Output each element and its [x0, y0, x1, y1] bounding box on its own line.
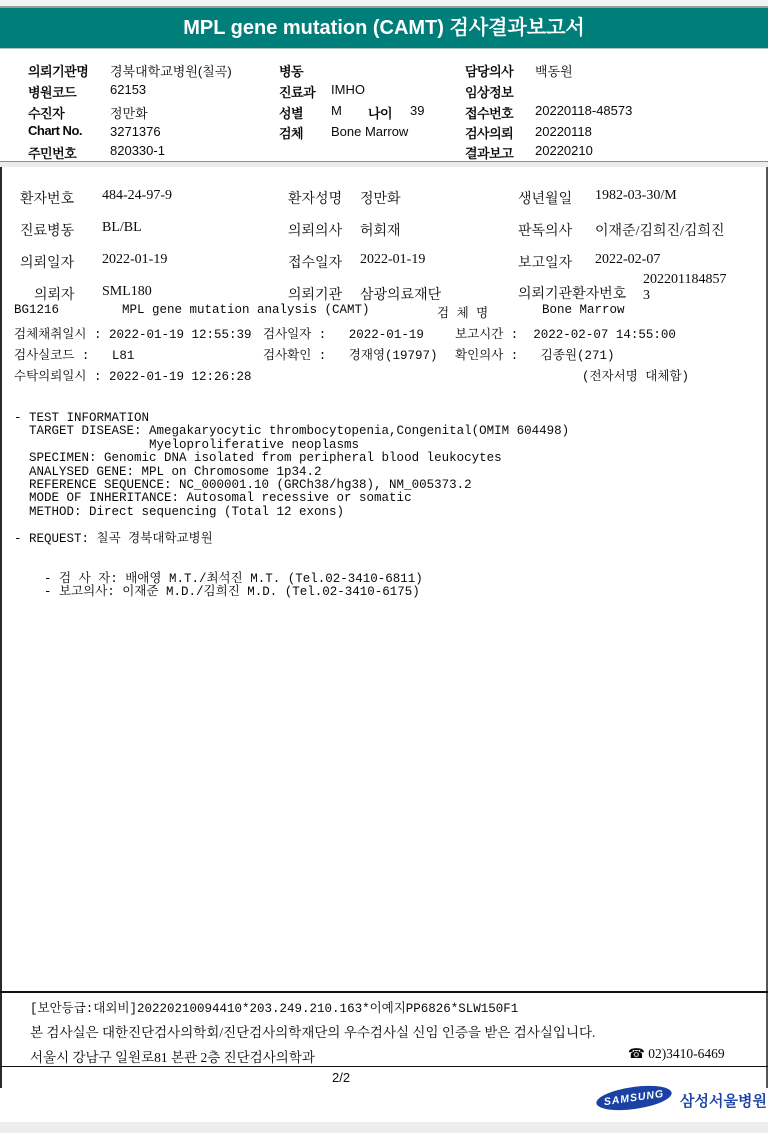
lab-phone: ☎ 02)3410-6469	[628, 1046, 725, 1062]
field-value-org-patient-no-line1: 202201184857	[643, 272, 726, 288]
test-confirm: 검사확인 : 경재영(19797)	[263, 345, 438, 363]
field-label-ward: 병동	[279, 61, 303, 80]
report-time: 보고시간 : 2022-02-07 14:55:00	[455, 324, 676, 342]
field-label-resident-no: 주민번호	[28, 143, 76, 162]
field-label-patient-name: 환자성명	[288, 188, 342, 208]
test-code: BG1216	[14, 303, 59, 317]
field-value-specimen: Bone Marrow	[331, 124, 408, 139]
bottom-gray-bar	[0, 1122, 768, 1133]
field-value-reading-doctor: 이재준/김희진/김희진	[595, 220, 725, 240]
section-separator	[0, 161, 768, 167]
page-title: MPL gene mutation (CAMT) 검사결과보고서	[183, 17, 585, 39]
field-value-referring-org: 삼광의료재단	[360, 284, 441, 304]
field-value-hospital-code: 62153	[110, 82, 146, 97]
field-label-org-patient-no: 의뢰기관환자번호	[518, 283, 626, 303]
field-label-examinee: 수진자	[28, 103, 64, 122]
field-label-report-date: 보고일자	[518, 252, 572, 272]
top-strip	[0, 0, 768, 8]
field-value-department: IMHO	[331, 82, 365, 97]
field-label-specimen: 검체	[279, 123, 303, 142]
hospital-name: 삼성서울병원	[680, 1090, 767, 1111]
specimen-name-label: 검 체 명	[437, 303, 488, 321]
field-value-requesting-org: 경북대학교병원(칠곡)	[110, 61, 232, 80]
field-label-birth-date: 생년월일	[518, 188, 572, 208]
field-value-chart-no: 3271376	[110, 124, 161, 139]
field-value-attending-doctor: 백동원	[535, 61, 573, 80]
report-title-bar: MPL gene mutation (CAMT) 검사결과보고서	[0, 8, 768, 49]
security-classification-line: [보안등급:대외비]20220210094410*203.249.210.163…	[30, 998, 518, 1016]
field-value-referring-doctor: 허회재	[360, 220, 401, 240]
field-value-accession-no: 20220118-48573	[535, 103, 632, 118]
field-label-clinic-ward: 진료병동	[20, 220, 74, 240]
page-number: 2/2	[332, 1070, 350, 1085]
specimen-name-value: Bone Marrow	[542, 303, 625, 317]
field-label-test-ordered: 검사의뢰	[465, 123, 513, 142]
field-value-sex: M	[331, 103, 342, 118]
field-value-patient-no: 484-24-97-9	[102, 188, 172, 204]
field-label-sex: 성별	[279, 103, 303, 122]
footer-bottom-rule	[0, 1066, 768, 1067]
field-value-patient-name: 정만화	[360, 188, 401, 208]
samsung-logo: SAMSUNG	[595, 1082, 673, 1114]
field-label-receipt-date: 접수일자	[288, 252, 342, 272]
field-value-age: 39	[410, 103, 424, 118]
field-label-age: 나이	[368, 103, 392, 122]
field-label-result-reported: 결과보고	[465, 143, 513, 162]
page-left-border	[0, 163, 2, 1088]
accreditation-statement: 본 검사실은 대한진단검사의학회/진단검사의학재단의 우수검사실 신임 인증을 …	[30, 1021, 595, 1041]
field-value-report-date: 2022-02-07	[595, 252, 660, 268]
field-label-patient-no: 환자번호	[20, 188, 74, 208]
field-value-examinee: 정만화	[110, 103, 148, 122]
field-value-receipt-date: 2022-01-19	[360, 252, 425, 268]
field-label-clinical-info: 임상정보	[465, 82, 513, 101]
field-value-clinic-ward: BL/BL	[102, 220, 142, 236]
field-label-requesting-org: 의뢰기관명	[28, 61, 88, 80]
lab-address: 서울시 강남구 일원로81 본관 2층 진단검사의학과	[30, 1046, 315, 1066]
field-value-request-date: 2022-01-19	[102, 252, 167, 268]
collection-datetime: 검체채취일시 : 2022-01-19 12:55:39	[14, 324, 251, 342]
field-label-request-date: 의뢰일자	[20, 252, 74, 272]
field-value-org-patient-no-line2: 3	[643, 288, 650, 304]
lab-code: 검사실코드 : L81	[14, 345, 134, 363]
field-label-attending-doctor: 담당의사	[465, 61, 513, 80]
field-value-result-reported: 20220210	[535, 143, 593, 158]
field-label-referring-org: 의뢰기관	[288, 284, 342, 304]
footer-top-rule	[0, 991, 768, 993]
confirm-doctor: 확인의사 : 김종원(271)	[455, 345, 615, 363]
field-value-test-ordered: 20220118	[535, 124, 592, 139]
test-date: 검사일자 : 2022-01-19	[263, 324, 424, 342]
field-label-requester: 의뢰자	[34, 284, 75, 304]
field-label-chart-no: Chart No.	[28, 123, 82, 138]
field-value-resident-no: 820330-1	[110, 143, 165, 158]
test-name: MPL gene mutation analysis (CAMT)	[122, 303, 370, 317]
test-information-block: - TEST INFORMATION TARGET DISEASE: Amega…	[14, 412, 569, 600]
field-value-birth-date: 1982-03-30/M	[595, 188, 677, 204]
field-value-requester: SML180	[102, 284, 152, 300]
samsung-logo-text: SAMSUNG	[603, 1088, 665, 1108]
electronic-signature-note: (전자서명 대체함)	[582, 366, 689, 384]
field-label-referring-doctor: 의뢰의사	[288, 220, 342, 240]
referral-request-datetime: 수탁의뢰일시 : 2022-01-19 12:26:28	[14, 366, 251, 384]
field-label-hospital-code: 병원코드	[28, 82, 76, 101]
field-label-accession-no: 접수번호	[465, 103, 513, 122]
field-label-reading-doctor: 판독의사	[518, 220, 572, 240]
field-label-department: 진료과	[279, 82, 315, 101]
